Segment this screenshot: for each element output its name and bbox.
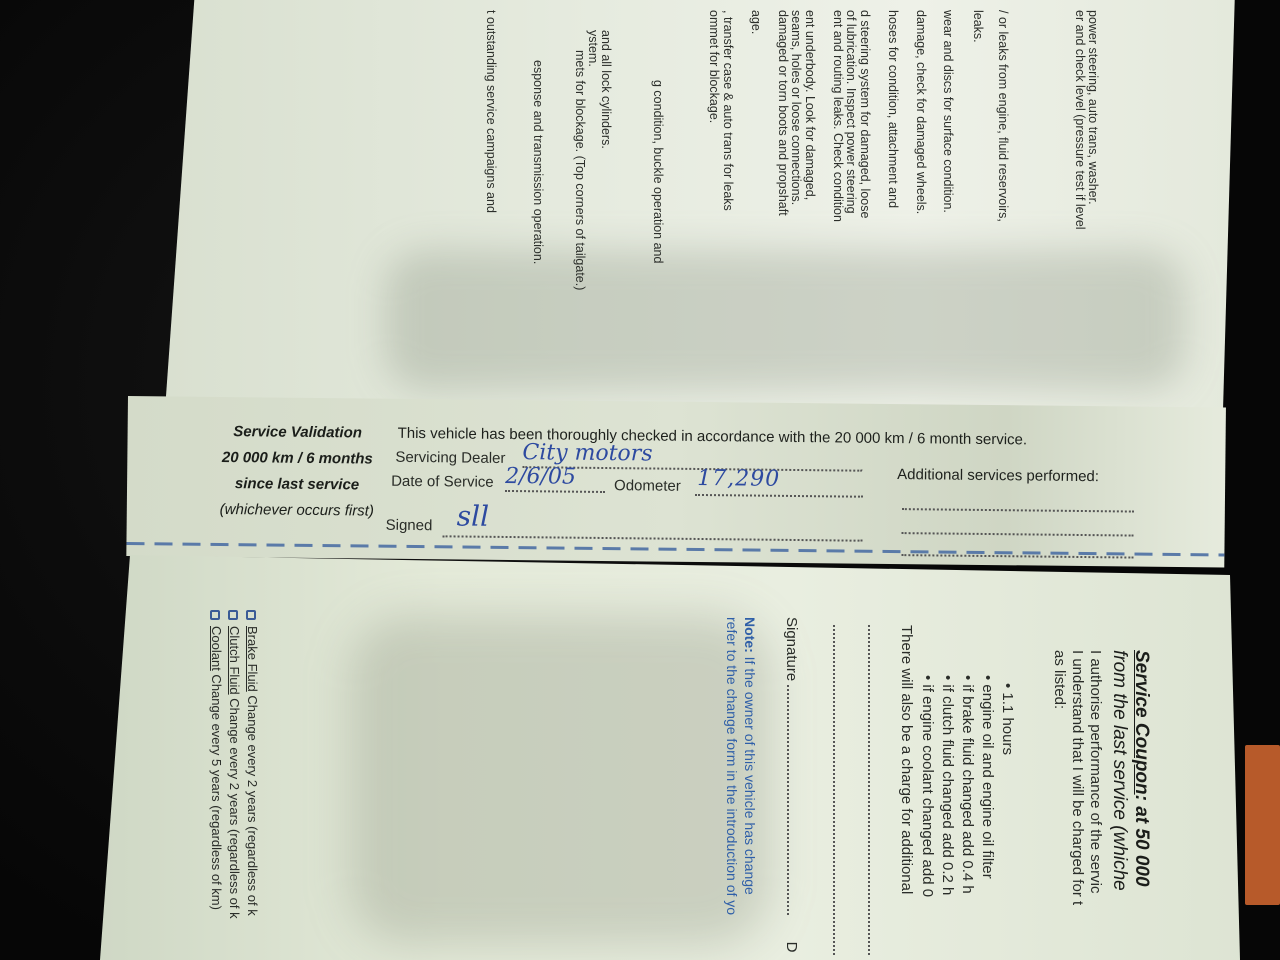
validation-whichever: (whichever occurs first) — [207, 497, 387, 525]
service-coupon-page: Service Coupon: at 50 000 from the last … — [100, 555, 1250, 960]
checklist-line: / or leaks from engine, fluid reservoirs… — [996, 10, 1010, 222]
checkbox[interactable] — [228, 610, 238, 620]
checklist-line: of lubrication. Inspect power steering — [844, 10, 858, 214]
shadow — [385, 250, 1185, 390]
checklist-line: leaks. — [971, 10, 985, 43]
validation-since: since last service — [207, 471, 387, 499]
checklist-line: d steering system for damaged, loose — [858, 10, 872, 218]
checklist-line: power steering, auto trans, washer. — [1086, 10, 1100, 205]
checklist-line: damage, check for damaged wheels. — [914, 10, 928, 214]
dealer-handwritten: City motors — [522, 440, 652, 466]
additional-charge-line-1[interactable] — [868, 625, 870, 955]
checklist-line: mets for blockage. (Top corners of tailg… — [573, 50, 587, 290]
understand-line: I understand that I will be charged for … — [1069, 650, 1086, 905]
coupon-subtitle: from the last service (whiche — [1108, 650, 1130, 891]
checklist-line: hoses for condition, attachment and — [886, 10, 900, 208]
checklist-line: seams, holes or loose connections. — [789, 10, 803, 205]
checklist-line: ommet for blockage. — [707, 10, 721, 123]
checkbox[interactable] — [246, 610, 256, 620]
date-field-line[interactable] — [505, 490, 605, 493]
additional-charge-text: There will also be a charge for addition… — [898, 625, 915, 894]
note-line-1: Note: If the owner of this vehicle has c… — [742, 617, 758, 895]
checklist-line: damaged or torn boots and propshaft — [776, 10, 790, 216]
dealer-label: Servicing Dealer — [395, 449, 505, 467]
signature-handwritten: sll — [457, 499, 490, 532]
checklist-line: ent underbody. Look for damaged, — [803, 10, 817, 200]
checklist-line: esponse and transmission operation. — [531, 60, 545, 264]
authorise-line: I authorise performance of the servic — [1087, 650, 1104, 893]
signature-field[interactable] — [787, 685, 789, 915]
validation-interval: 20 000 km / 6 months — [207, 445, 387, 473]
as-listed: as listed: — [1051, 650, 1068, 709]
checklist-line: , transfer case & auto trans for leaks — [721, 10, 735, 211]
orange-tab — [1245, 745, 1280, 905]
note-line-2: refer to the change form in the introduc… — [724, 617, 740, 915]
odometer-handwritten: 17,290 — [697, 466, 780, 492]
coupon-title: Service Coupon: at 50 000 — [1130, 650, 1152, 887]
checklist-item-text: Change every 2 years (regardless of k — [245, 692, 260, 916]
checklist-line: er and check level (pressure test if lev… — [1073, 10, 1087, 230]
odometer-field-line[interactable] — [695, 494, 863, 498]
validation-statement: This vehicle has been thoroughly checked… — [398, 425, 1028, 449]
bullet-item: • if engine coolant changed add 0 — [919, 675, 936, 897]
checklist-coolant: Coolant Change every 5 years (regardless… — [209, 610, 224, 910]
additional-line-2[interactable] — [902, 532, 1134, 536]
date-label-partial: D — [783, 942, 800, 953]
checklist-item-text: Change every 2 years (regardless of k — [227, 695, 242, 919]
bullet-item: • engine oil and engine oil filter — [979, 675, 996, 879]
additional-services-label: Additional services performed: — [897, 466, 1099, 485]
additional-charge-line-2[interactable] — [833, 625, 835, 955]
checklist-line: ent and routing leaks. Check condition — [831, 10, 845, 222]
bullet-item: • if clutch fluid changed add 0.2 h — [939, 675, 956, 895]
note-text: If the owner of this vehicle has change — [742, 653, 758, 895]
note-bold: Note: — [742, 617, 758, 653]
signed-field-line[interactable] — [443, 535, 863, 541]
checklist-line: wear and discs for surface condition. — [941, 10, 955, 213]
signature-label: Signature — [783, 617, 800, 681]
service-checklist-page: power steering, auto trans, washer.er an… — [165, 0, 1235, 410]
checklist-item-text: Change every 5 years (regardless of km) — [209, 671, 224, 910]
checklist-item-name: Coolant — [209, 626, 224, 671]
checklist-clutch-fluid: Clutch Fluid Change every 2 years (regar… — [227, 610, 242, 919]
checklist-line: and all lock cylinders. — [599, 30, 613, 149]
signed-label: Signed — [386, 517, 433, 534]
odometer-label: Odometer — [614, 477, 681, 495]
checklist-line: age. — [749, 10, 763, 34]
validation-title-line: Service Validation — [207, 419, 387, 447]
checklist-brake-fluid: Brake Fluid Change every 2 years (regard… — [245, 610, 260, 916]
checklist-line: t outstanding service campaigns and — [484, 10, 498, 213]
checklist-item-name: Clutch Fluid — [227, 626, 242, 695]
shadow — [350, 615, 770, 945]
checkbox[interactable] — [210, 610, 220, 620]
bullet-item: • 1.1 hours — [999, 683, 1016, 755]
validation-title: Service Validation 20 000 km / 6 months … — [207, 419, 388, 525]
bullet-item: • if brake fluid changed add 0.4 h — [959, 675, 976, 894]
date-handwritten: 2/6/05 — [505, 464, 576, 490]
coupon-title-underlined: Service Coupon — [1131, 650, 1152, 795]
checklist-line: g condition, buckle operation and — [651, 80, 665, 263]
tear-off-line — [126, 542, 1224, 556]
service-validation-strip: Service Validation 20 000 km / 6 months … — [126, 396, 1226, 567]
date-label: Date of Service — [391, 473, 494, 491]
checklist-item-name: Brake Fluid — [245, 626, 260, 692]
checklist-line: ystem. — [586, 30, 600, 67]
coupon-title-rest: : at 50 000 — [1131, 795, 1152, 887]
signature-row: Signature D — [783, 617, 800, 952]
additional-line-1[interactable] — [902, 508, 1134, 512]
